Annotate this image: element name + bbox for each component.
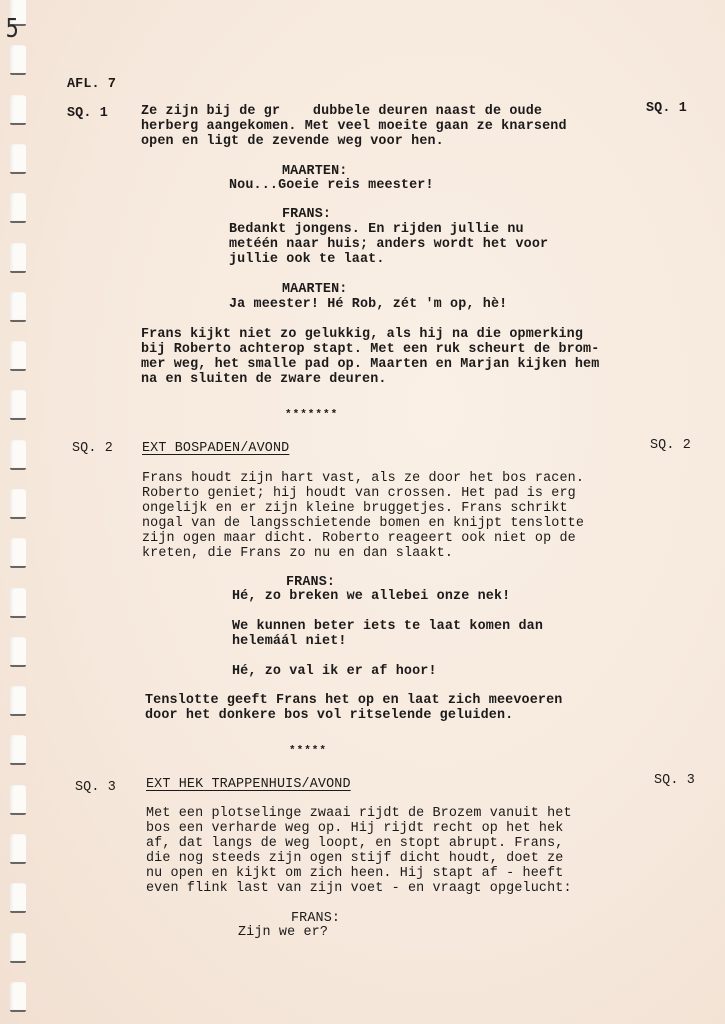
binding-hole [10, 45, 26, 75]
scene-1-dialogue-1: Nou...Goeie reis meester! [229, 178, 434, 193]
scene-3-heading: EXT HEK TRAPPENHUIS/AVOND [146, 777, 351, 792]
scene-2-action-2: Tenslotte geeft Frans het op en laat zic… [145, 693, 562, 723]
binding-hole [10, 341, 26, 371]
binding-hole [10, 834, 26, 864]
scene-separator-2: ***** [289, 744, 327, 759]
scene-1-label-right: SQ. 1 [646, 101, 687, 116]
scene-1-character-2: FRANS: [282, 207, 331, 222]
scene-2-dialogue-2: We kunnen beter iets te laat komen dan h… [232, 619, 543, 649]
episode-label: AFL. 7 [67, 77, 116, 92]
scene-separator-1: ******* [285, 408, 338, 423]
binding-hole [10, 538, 26, 568]
binding-hole [10, 735, 26, 765]
scene-2-action-1: Frans houdt zijn hart vast, als ze door … [142, 471, 584, 561]
binding-hole [10, 243, 26, 273]
scene-3-character-1: FRANS: [291, 911, 340, 926]
scene-1-character-1: MAARTEN: [282, 164, 348, 179]
scene-2-label-right: SQ. 2 [650, 438, 691, 453]
scene-2-character-1: FRANS: [286, 575, 335, 590]
binding-hole [10, 588, 26, 618]
page-number: 5 [6, 14, 19, 44]
binding-hole [10, 489, 26, 519]
binding-hole [10, 933, 26, 963]
binding-hole [10, 785, 26, 815]
scene-1-dialogue-3: Ja meester! Hé Rob, zét 'm op, hè! [229, 297, 507, 312]
scene-2-dialogue-3: Hé, zo val ik er af hoor! [232, 664, 437, 679]
scene-3-action-1: Met een plotselinge zwaai rijdt de Broze… [146, 806, 572, 896]
binding-holes [10, 0, 32, 1024]
scene-1-character-3: MAARTEN: [282, 282, 348, 297]
binding-hole [10, 883, 26, 913]
scene-3-label-right: SQ. 3 [654, 773, 695, 788]
binding-hole [10, 292, 26, 322]
binding-hole [10, 982, 26, 1012]
binding-hole [10, 95, 26, 125]
scene-3-dialogue-1: Zijn we er? [238, 925, 328, 940]
script-page: 5 AFL. 7 SQ. 1 SQ. 1 Ze zijn bij de gr d… [0, 0, 725, 1024]
scene-1-dialogue-2: Bedankt jongens. En rijden jullie nu met… [229, 222, 548, 267]
scene-2-dialogue-1: Hé, zo breken we allebei onze nek! [232, 589, 510, 604]
scene-1-action-1: Ze zijn bij de gr dubbele deuren naast d… [141, 104, 567, 149]
scene-1-label-left: SQ. 1 [67, 106, 108, 121]
binding-hole [10, 390, 26, 420]
binding-hole [10, 686, 26, 716]
binding-hole [10, 144, 26, 174]
scene-3-label-left: SQ. 3 [75, 780, 116, 795]
binding-hole [10, 637, 26, 667]
scene-1-action-2: Frans kijkt niet zo gelukkig, als hij na… [141, 327, 599, 387]
binding-hole [10, 440, 26, 470]
binding-hole [10, 193, 26, 223]
scene-2-label-left: SQ. 2 [72, 441, 113, 456]
scene-2-heading: EXT BOSPADEN/AVOND [142, 441, 289, 456]
